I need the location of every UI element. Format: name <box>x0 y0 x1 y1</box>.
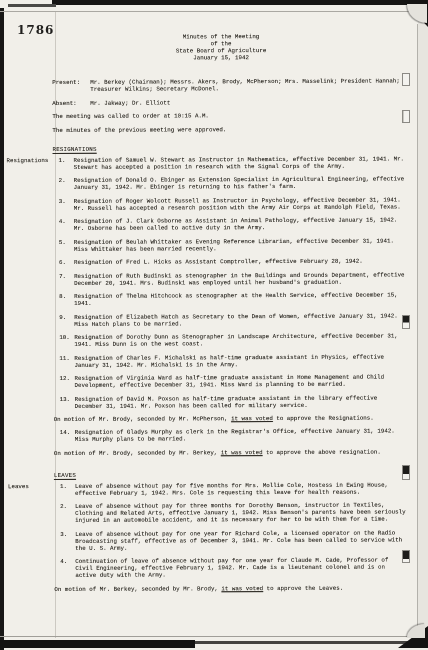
resignation-item: 2. Resignation of Donald O. Ebinger as E… <box>53 175 405 191</box>
bottom-scan-bar-left <box>0 640 195 648</box>
resignation-item: 10. Resignation of Dorothy Dunn as Steno… <box>53 332 405 348</box>
leaves-list: 1. Leave of absence without pay for five… <box>54 481 406 579</box>
bottom-page-edge <box>0 636 428 637</box>
motion-underlined: it was voted <box>221 585 263 592</box>
resignation-item: 1. Resignation of Samuel W. Stewart as I… <box>53 155 405 171</box>
present-label: Present: <box>52 79 90 93</box>
leave-item: 2. Leave of absence without pay for thre… <box>54 501 406 524</box>
item-number: 6. <box>59 259 74 266</box>
scanned-page: 1786 Minutes of the Meeting of the State… <box>0 0 428 650</box>
item-text: Resignation of David M. Poxson as half-t… <box>75 394 406 409</box>
item-text: Resignation of J. Clark Osborne as Assis… <box>74 216 405 231</box>
absent-row: Absent: Mr. Jakway; Dr. Elliott <box>52 98 404 107</box>
resignations-list: 1. Resignation of Samuel W. Stewart as I… <box>53 155 406 410</box>
motion-prefix: On motion of Mr. Berkey, seconded by Mr.… <box>54 585 221 593</box>
leaves-section: LEAVES Leaves 1. Leave of absence withou… <box>54 470 407 593</box>
resignation-item: 13. Resignation of David M. Poxson as ha… <box>54 394 406 410</box>
present-text: Mr. Berkey (Chairman); Messrs. Akers, Br… <box>90 77 404 92</box>
top-right-corner-curl <box>407 4 427 23</box>
item-number: 7. <box>59 272 74 286</box>
item-number: 1. <box>59 156 74 170</box>
item-text: Resignation of Samuel W. Stewart as Inst… <box>74 155 405 170</box>
underlying-page-edge <box>0 11 428 12</box>
item-number: 3. <box>60 530 75 551</box>
item-number: 2. <box>59 177 74 191</box>
leave-item: 1. Leave of absence without pay for five… <box>54 481 406 497</box>
item-text: Resignation of Elizabeth Hatch as Secret… <box>74 312 405 327</box>
item-number: 2. <box>60 503 75 524</box>
leave-item: 3. Leave of absence without pay for one … <box>54 529 406 552</box>
item-number: 9. <box>59 313 74 327</box>
item-text: Leave of absence without pay for five mo… <box>75 481 406 496</box>
leave-item: 4. Continuation of leave of absence with… <box>54 556 406 579</box>
resignation-item: 11. Resignation of Charles F. Michalski … <box>53 353 405 369</box>
leaves-heading: LEAVES <box>54 471 76 478</box>
motion-prefix: On motion of Mr. Brody, seconded by Mr. … <box>54 415 231 423</box>
item-number: 4. <box>60 558 75 579</box>
absent-label: Absent: <box>52 99 90 106</box>
item-text: Resignation of Gladys Murphy as clerk in… <box>75 427 406 442</box>
item-text: Leave of absence without pay for three m… <box>75 501 406 523</box>
resignation-item: 5. Resignation of Beulah Whittaker as Ev… <box>53 237 405 253</box>
motion-underlined: it was voted <box>221 449 263 456</box>
item-number: 12. <box>59 375 74 389</box>
left-binding-edge <box>0 8 4 650</box>
resignation-item: 4. Resignation of J. Clark Osborne as As… <box>53 216 405 232</box>
resignations-margin-label: Resignations <box>7 157 49 164</box>
item-number: 1. <box>60 482 75 496</box>
motion-prefix: On motion of Mr. Brody, seconded by Mr. … <box>54 449 221 457</box>
item-text: Resignation of Dorothy Dunn as Stenograp… <box>74 332 405 347</box>
top-scan-bar-small <box>8 4 56 7</box>
title-line-4: January 15, 1942 <box>52 54 390 62</box>
motion-underlined: it was voted <box>231 415 273 422</box>
top-scan-bar <box>52 0 428 5</box>
leaves-margin-label: Leaves <box>8 483 29 490</box>
motion-suffix: to approve the above resignation. <box>263 448 381 456</box>
item-text: Resignation of Thelma Hitchcock as steno… <box>74 291 405 306</box>
resignations-motion-2: On motion of Mr. Brody, seconded by Mr. … <box>54 448 406 457</box>
item-number: 8. <box>59 293 74 307</box>
right-page-edge <box>417 24 418 630</box>
motion-suffix: to approve the Leaves. <box>263 584 343 591</box>
document-content: Minutes of the Meeting of the State Boar… <box>52 32 406 598</box>
item-text: Resignation of Beulah Whittaker as Eveni… <box>74 237 405 252</box>
item-text: Continuation of leave of absence without… <box>75 556 406 578</box>
resignation-item: 8. Resignation of Thelma Hitchcock as st… <box>53 291 405 307</box>
bottom-right-corner-curl <box>407 624 425 638</box>
item-number: 11. <box>59 354 74 368</box>
minutes-approved-line: The minutes of the previous meeting were… <box>52 125 404 134</box>
item-text: Leave of absence without pay for one yea… <box>75 529 406 551</box>
resignations-section: RESIGNATIONS Resignations 1. Resignation… <box>52 144 405 457</box>
item-number: 3. <box>59 197 74 211</box>
item-number: 13. <box>60 395 75 409</box>
resignation-item: 14. Resignation of Gladys Murphy as cler… <box>54 427 406 443</box>
item-number: 14. <box>60 429 75 443</box>
resignations-extra-list: 14. Resignation of Gladys Murphy as cler… <box>54 427 406 443</box>
document-title-block: Minutes of the Meeting of the State Boar… <box>52 33 390 62</box>
item-text: Resignation of Roger Wolcott Russell as … <box>74 196 405 211</box>
leaves-motion: On motion of Mr. Berkey, seconded by Mr.… <box>54 584 406 593</box>
item-text: Resignation of Fred L. Hicks as Assistan… <box>74 257 405 265</box>
resignation-item: 6. Resignation of Fred L. Hicks as Assis… <box>53 257 405 266</box>
resignations-heading: RESIGNATIONS <box>52 145 96 152</box>
item-number: 5. <box>59 238 74 252</box>
item-text: Resignation of Virginia Ward as half-tim… <box>74 373 405 388</box>
resignation-item: 3. Resignation of Roger Wolcott Russell … <box>53 196 405 212</box>
bottom-scan-bar-right <box>195 641 428 644</box>
called-to-order-line: The meeting was called to order at 10:15… <box>52 111 404 120</box>
resignation-item: 9. Resignation of Elizabeth Hatch as Sec… <box>53 312 405 328</box>
present-row: Present: Mr. Berkey (Chairman); Messrs. … <box>52 77 404 93</box>
resignation-item: 7. Resignation of Ruth Budinski as steno… <box>53 271 405 287</box>
item-text: Resignation of Ruth Budinski as stenogra… <box>74 271 405 286</box>
item-number: 10. <box>59 334 74 348</box>
item-text: Resignation of Charles F. Michalski as h… <box>74 353 405 368</box>
absent-text: Mr. Jakway; Dr. Elliott <box>90 98 404 106</box>
item-number: 4. <box>59 218 74 232</box>
scan-background-strip <box>418 12 428 632</box>
motion-suffix: to approve the Resignations. <box>273 415 374 422</box>
item-text: Resignation of Donald O. Ebinger as Exte… <box>74 175 405 190</box>
resignations-motion-1: On motion of Mr. Brody, seconded by Mr. … <box>54 414 406 423</box>
resignation-item: 12. Resignation of Virginia Ward as half… <box>53 373 405 389</box>
page-number: 1786 <box>17 23 54 37</box>
